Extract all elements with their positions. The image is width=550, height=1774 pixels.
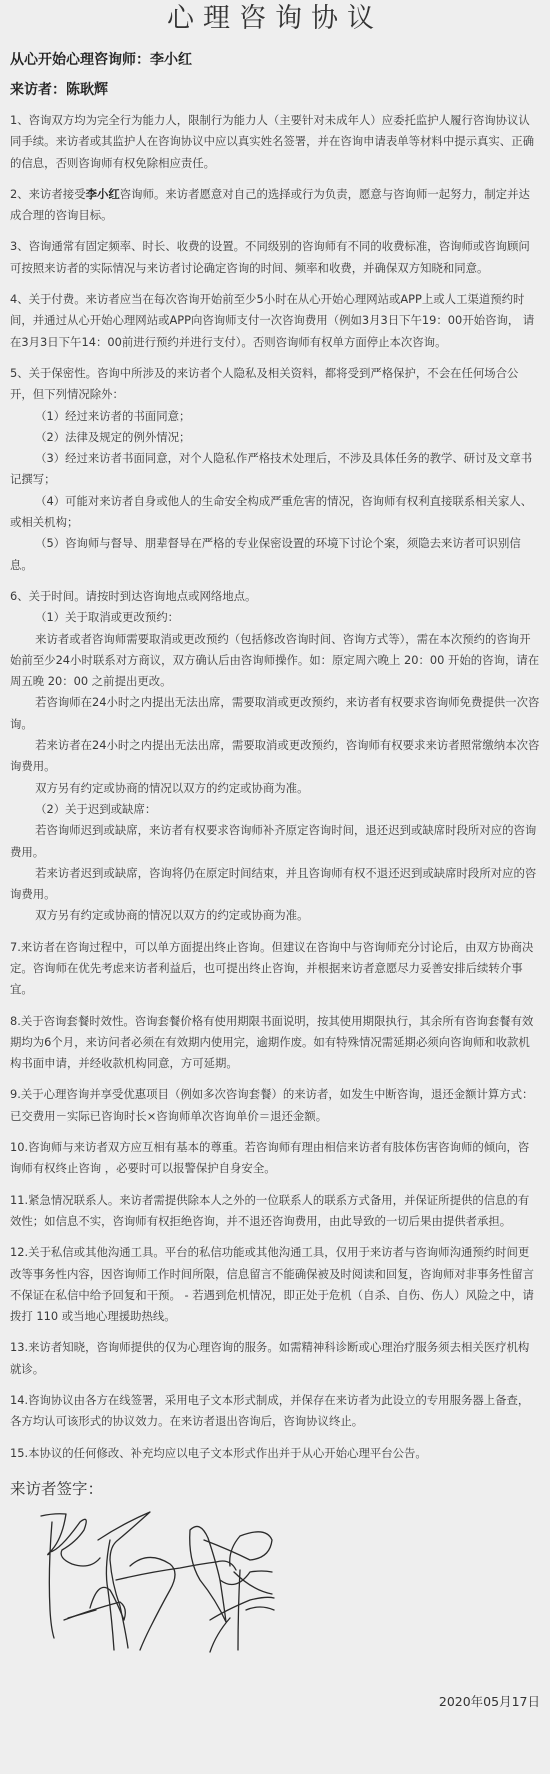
clause-13: 13.来访者知晓，咨询师提供的仅为心理咨询的服务。如需精神科诊断或心理治疗服务须… bbox=[10, 1337, 540, 1380]
clause-10: 10.咨询师与来访者双方应互相有基本的尊重。若咨询师有理由相信来访者有肢体伤害咨… bbox=[10, 1137, 540, 1180]
sub-heading: （1）关于取消或更改预约： bbox=[10, 607, 540, 628]
counselor-line: 从心开始心理咨询师：李小红 bbox=[10, 50, 550, 70]
sub-heading: （2）关于迟到或缺席： bbox=[10, 799, 540, 820]
handwritten-signature bbox=[40, 1510, 290, 1670]
clause-paragraph: 双方另有约定或协商的情况以双方的约定或协商为准。 bbox=[10, 905, 540, 926]
clause-text: 9.关于心理咨询并享受优惠项目（例如多次咨询套餐）的来访者，如发生中断咨询，退还… bbox=[10, 1084, 540, 1127]
clause-text: 5、关于保密性。咨询中所涉及的来访者个人隐私及相关资料，都将受到严格保护，不会在… bbox=[10, 363, 540, 406]
clause-text: 6、关于时间。请按时到达咨询地点或网络地点。 bbox=[10, 586, 540, 607]
clause-11: 11.紧急情况联系人。来访者需提供除本人之外的一位联系人的联系方式备用，并保证所… bbox=[10, 1190, 540, 1233]
clause-4: 4、关于付费。来访者应当在每次咨询开始前至少5小时在从心开始心理网站或APP上或… bbox=[10, 289, 540, 353]
counselor-name-highlight: 李小红 bbox=[86, 187, 120, 201]
clause-text: 10.咨询师与来访者双方应互相有基本的尊重。若咨询师有理由相信来访者有肢体伤害咨… bbox=[10, 1137, 540, 1180]
clause-text: 12.关于私信或其他沟通工具。平台的私信功能或其他沟通工具，仅用于来访者与咨询师… bbox=[10, 1242, 540, 1327]
clause-text: 2、来访者接受李小红咨询师。来访者愿意对自己的选择或行为负责，愿意与咨询师一起努… bbox=[10, 184, 540, 227]
clause-1: 1、咨询双方均为完全行为能力人，限制行为能力人（主要针对未成年人）应委托监护人履… bbox=[10, 110, 540, 174]
list-item: （2）法律及规定的例外情况； bbox=[10, 427, 540, 448]
clause-8: 8.关于咨询套餐时效性。咨询套餐价格有使用期限书面说明，按其使用期限执行，其余所… bbox=[10, 1011, 540, 1075]
clause-text: 8.关于咨询套餐时效性。咨询套餐价格有使用期限书面说明，按其使用期限执行，其余所… bbox=[10, 1011, 540, 1075]
clause-7: 7.来访者在咨询过程中，可以单方面提出终止咨询。但建议在咨询中与咨询师充分讨论后… bbox=[10, 937, 540, 1001]
page-title: 心理咨询协议 bbox=[0, 0, 550, 36]
clause-paragraph: 若来访者迟到或缺席，咨询将仍在原定时间结束，并且咨询师有权不退还迟到或缺席时段所… bbox=[10, 863, 540, 906]
clause-9: 9.关于心理咨询并享受优惠项目（例如多次咨询套餐）的来访者，如发生中断咨询，退还… bbox=[10, 1084, 540, 1127]
clause-text: 3、咨询通常有固定频率、时长、收费的设置。不同级别的咨询师有不同的收费标准，咨询… bbox=[10, 236, 540, 279]
list-item: （3）经过来访者书面同意，对个人隐私作严格技术处理后，不涉及具体任务的教学、研讨… bbox=[10, 448, 540, 491]
clause-15: 15.本协议的任何修改、补充均应以电子文本形式作出并于从心开始心理平台公告。 bbox=[10, 1443, 540, 1464]
clause-text: 1、咨询双方均为完全行为能力人，限制行为能力人（主要针对未成年人）应委托监护人履… bbox=[10, 110, 540, 174]
clause-5: 5、关于保密性。咨询中所涉及的来访者个人隐私及相关资料，都将受到严格保护，不会在… bbox=[10, 363, 540, 576]
clause-text: 4、关于付费。来访者应当在每次咨询开始前至少5小时在从心开始心理网站或APP上或… bbox=[10, 289, 540, 353]
list-item: （1）经过来访者的书面同意； bbox=[10, 406, 540, 427]
client-line: 来访者：陈耿辉 bbox=[10, 80, 550, 100]
clause-3: 3、咨询通常有固定频率、时长、收费的设置。不同级别的咨询师有不同的收费标准，咨询… bbox=[10, 236, 540, 279]
clause-paragraph: 若来访者在24小时之内提出无法出席，需要取消或更改预约，咨询师有权要求来访者照常… bbox=[10, 735, 540, 778]
clause-12: 12.关于私信或其他沟通工具。平台的私信功能或其他沟通工具，仅用于来访者与咨询师… bbox=[10, 1242, 540, 1327]
list-item: （4）可能对来访者自身或他人的生命安全构成严重危害的情况，咨询师有权利直接联系相… bbox=[10, 491, 540, 534]
clause-14: 14.咨询协议由各方在线签署，采用电子文本形式制成，并保存在来访者为此设立的专用… bbox=[10, 1390, 540, 1433]
clause-paragraph: 来访者或者咨询师需要取消或更改预约（包括修改咨询时间、咨询方式等），需在本次预约… bbox=[10, 629, 540, 693]
clause-paragraph: 若咨询师迟到或缺席，来访者有权要求咨询师补齐原定咨询时间，退还迟到或缺席时段所对… bbox=[10, 820, 540, 863]
clause-text: 11.紧急情况联系人。来访者需提供除本人之外的一位联系人的联系方式备用，并保证所… bbox=[10, 1190, 540, 1233]
clause-text-pre: 2、来访者接受 bbox=[10, 187, 86, 201]
clause-text: 14.咨询协议由各方在线签署，采用电子文本形式制成，并保存在来访者为此设立的专用… bbox=[10, 1390, 540, 1433]
signature-label: 来访者签字： bbox=[10, 1478, 540, 1500]
clause-text: 15.本协议的任何修改、补充均应以电子文本形式作出并于从心开始心理平台公告。 bbox=[10, 1443, 540, 1464]
signature-date: 2020年05月17日 bbox=[439, 1692, 540, 1710]
clause-6: 6、关于时间。请按时到达咨询地点或网络地点。 （1）关于取消或更改预约： 来访者… bbox=[10, 586, 540, 927]
clause-paragraph: 双方另有约定或协商的情况以双方的约定或协商为准。 bbox=[10, 778, 540, 799]
clause-paragraph: 若咨询师在24小时之内提出无法出席，需要取消或更改预约，来访者有权要求咨询师免费… bbox=[10, 692, 540, 735]
clause-2: 2、来访者接受李小红咨询师。来访者愿意对自己的选择或行为负责，愿意与咨询师一起努… bbox=[10, 184, 540, 227]
clause-text: 7.来访者在咨询过程中，可以单方面提出终止咨询。但建议在咨询中与咨询师充分讨论后… bbox=[10, 937, 540, 1001]
agreement-document: 心理咨询协议 从心开始心理咨询师：李小红 来访者：陈耿辉 1、咨询双方均为完全行… bbox=[0, 0, 550, 1500]
list-item: （5）咨询师与督导、朋辈督导在严格的专业保密设置的环境下讨论个案，须隐去来访者可… bbox=[10, 533, 540, 576]
agreement-body: 1、咨询双方均为完全行为能力人，限制行为能力人（主要针对未成年人）应委托监护人履… bbox=[10, 110, 540, 1464]
clause-text: 13.来访者知晓，咨询师提供的仅为心理咨询的服务。如需精神科诊断或心理治疗服务须… bbox=[10, 1337, 540, 1380]
